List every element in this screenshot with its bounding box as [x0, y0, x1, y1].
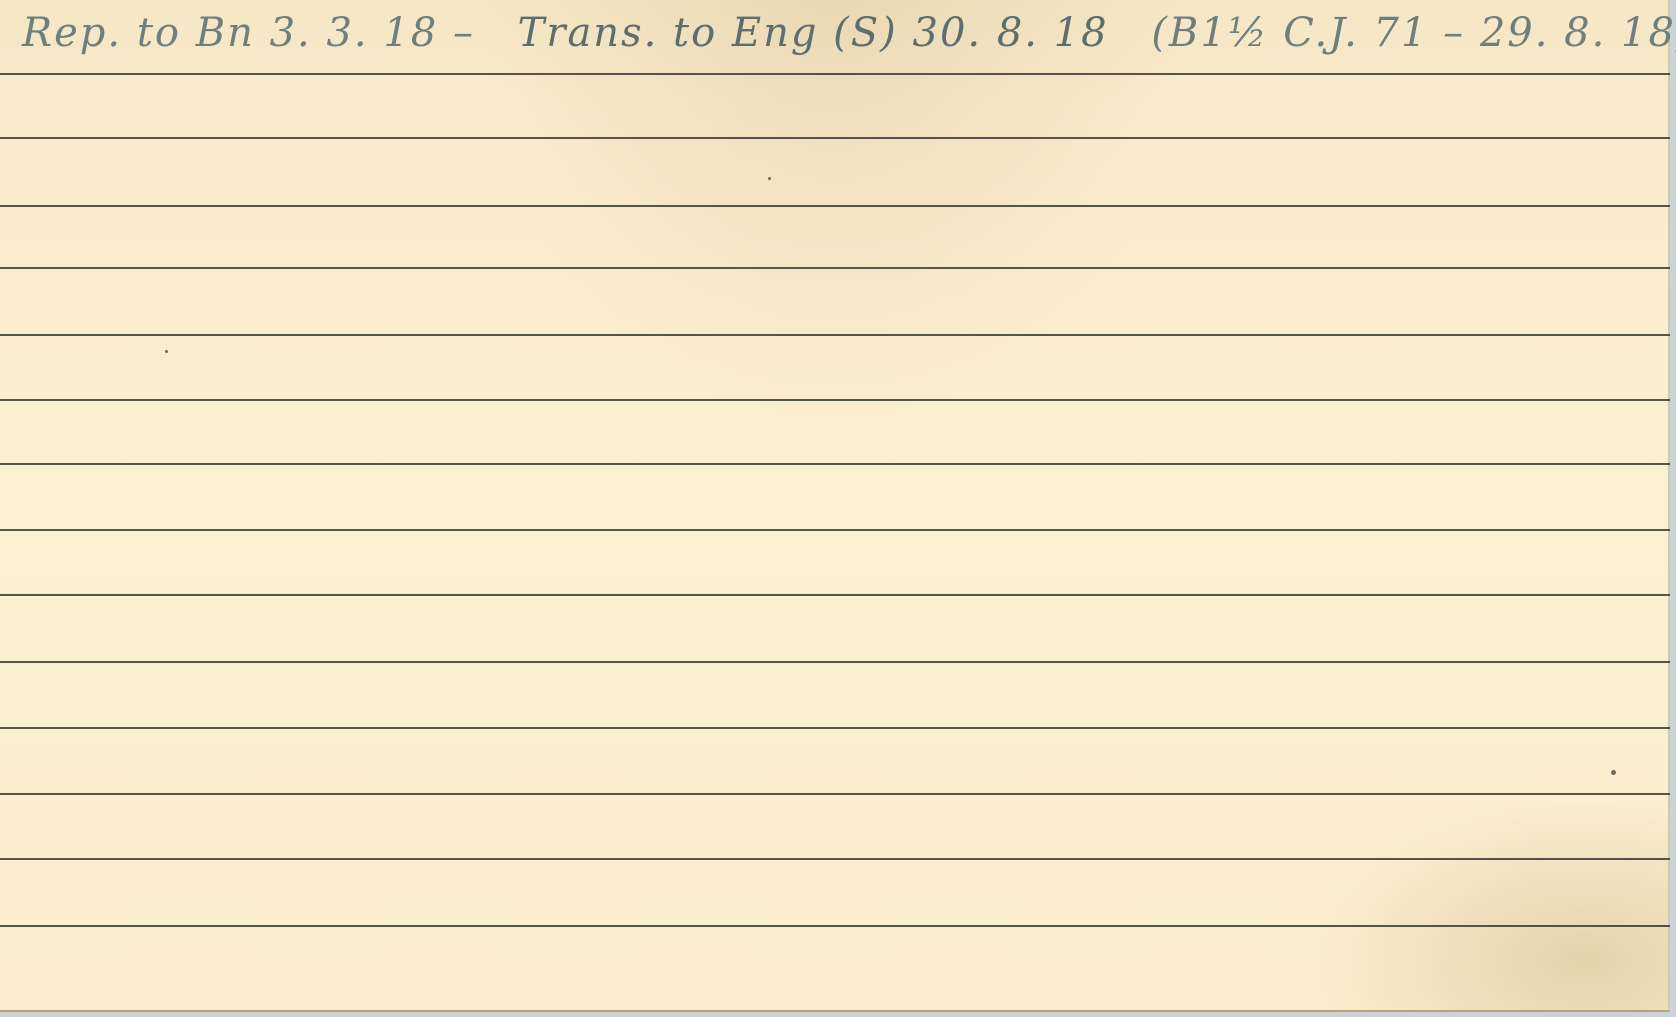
ruled-line: [0, 594, 1670, 596]
ruled-line: [0, 267, 1670, 269]
entry-reference-note: (B1½ C.J. 71 – 29. 8. 18): [1151, 10, 1676, 56]
ruled-line: [0, 925, 1670, 927]
ruled-line: [0, 793, 1670, 795]
ruled-line: [0, 73, 1670, 75]
ruled-line: [0, 205, 1670, 207]
ruled-line: [0, 463, 1670, 465]
ruled-line: [0, 858, 1670, 860]
ruled-line: [0, 334, 1670, 336]
ruled-line: [0, 399, 1670, 401]
entry-reported-to-battalion: Rep. to Bn 3. 3. 18 –: [22, 10, 475, 56]
paper-speck: [165, 350, 168, 353]
index-card: Rep. to Bn 3. 3. 18 – Trans. to Eng (S) …: [0, 0, 1670, 1012]
paper-speck: [1611, 770, 1616, 775]
handwritten-entry: Rep. to Bn 3. 3. 18 – Trans. to Eng (S) …: [22, 10, 1676, 56]
paper-speck: [768, 177, 771, 180]
ruled-line: [0, 727, 1670, 729]
entry-transferred-to-england: Trans. to Eng (S) 30. 8. 18: [518, 10, 1109, 56]
ruled-line: [0, 529, 1670, 531]
ruled-line: [0, 137, 1670, 139]
ruled-line: [0, 661, 1670, 663]
